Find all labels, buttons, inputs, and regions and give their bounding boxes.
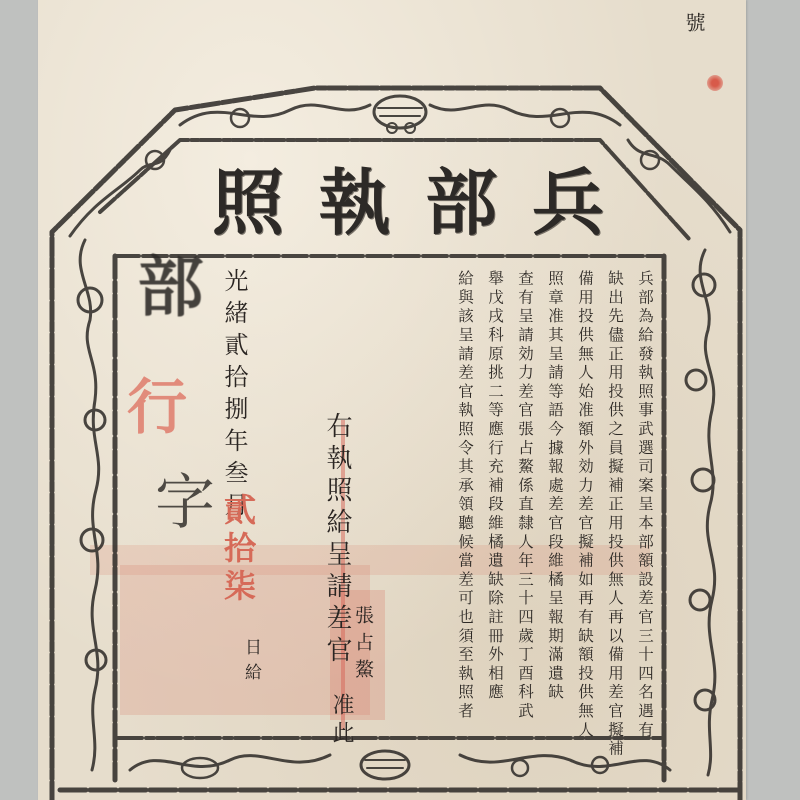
holder-name: 張占鰲 [353,605,372,686]
signature-red-stroke: 行 [122,375,182,435]
title-char-1: 照 [200,145,300,249]
title-char-3: 部 [413,145,513,249]
title-char-4: 兵 [520,145,620,249]
signature-ink-stroke: 字 [150,470,210,530]
body-column-2: 缺出先儘正用投供之員擬補正用投供無人再以備用差官擬補 [600,270,630,740]
body-column-5: 查有呈請効力差官張占鰲係直隸人年三十四歲丁酉科武 [510,270,540,740]
body-text: 兵部為給發執照事武選司案呈本部額設差官三十四名遇有 缺出先儘正用投供之員擬補正用… [448,270,660,740]
corner-mark: 號 [684,12,704,32]
corner-seal-icon [707,75,723,91]
body-column-1: 兵部為給發執照事武選司案呈本部額設差官三十四名遇有 [630,270,660,740]
title-char-2: 執 [307,145,407,249]
approval-text: 准此 [330,693,352,749]
holder-line: 右執照給呈請差官 [324,412,350,668]
issue-day-suffix: 日給 [242,638,259,688]
left-large-character: 部 [132,252,198,318]
issue-day-red: 貳拾柒 [222,493,254,607]
body-column-6: 舉戊戌科原挑二等應行充補段維橘遺缺除註冊外相應 [480,270,510,740]
body-column-3: 備用投供無人始准額外効力差官擬補如再有缺額投供無人 [570,270,600,740]
body-column-4: 照章准其呈請等語今據報處差官段維橘呈報期滿遺缺 [540,270,570,740]
issue-date: 光緒貳拾捌年叁月 [222,268,246,524]
document-title: 照 執 部 兵 [200,152,620,242]
body-column-7: 給與該呈請差官執照令其承領聽候當差可也須至執照者 [450,270,480,740]
